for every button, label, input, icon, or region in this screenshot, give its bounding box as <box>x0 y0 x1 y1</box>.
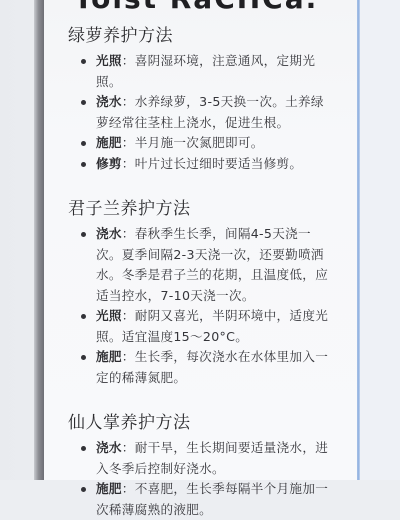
item-text: 叶片过长过细时要适当修剪。 <box>135 156 303 171</box>
item-label: 浇水 <box>96 440 122 455</box>
bullet-icon <box>81 232 86 237</box>
bullet-icon <box>81 162 86 167</box>
section-cactus-care: 仙人掌养护方法 浇水：耐干旱，生长期间要适量浇水，进入冬季后控制好浇水。 施肥：… <box>68 411 336 480</box>
item-label: 浇水 <box>96 94 122 109</box>
item-label: 修剪 <box>96 156 122 171</box>
bullet-icon <box>81 59 86 64</box>
care-list: 浇水：耐干旱，生长期间要适量浇水，进入冬季后控制好浇水。 施肥：不喜肥，生长季每… <box>68 438 336 480</box>
list-item: 浇水：春秋季生长季，间隔4-5天浇一次。夏季间隔2-3天浇一次，还要勤喷洒水。冬… <box>68 224 336 306</box>
bullet-icon <box>81 314 86 319</box>
list-item: 光照：喜阴湿环境，注意通风，定期光照。 <box>68 51 336 92</box>
item-separator: ： <box>122 53 135 68</box>
list-item: 浇水：耐干旱，生长期间要适量浇水，进入冬季后控制好浇水。 <box>68 438 336 479</box>
section-pothos-care: 绿萝养护方法 光照：喜阴湿环境，注意通风，定期光照。 浇水：水养绿萝，3-5天换… <box>68 24 336 174</box>
list-item: 浇水：水养绿萝，3-5天换一次。土养绿萝经常往茎柱上浇水，促进生根。 <box>68 92 336 133</box>
item-label: 浇水 <box>96 226 122 241</box>
card-border-right <box>357 0 360 480</box>
item-separator: ： <box>122 349 135 364</box>
list-item: 修剪：叶片过长过细时要适当修剪。 <box>68 154 336 175</box>
document-content: 绿萝养护方法 光照：喜阴湿环境，注意通风，定期光照。 浇水：水养绿萝，3-5天换… <box>68 24 336 480</box>
item-label: 光照 <box>96 53 122 68</box>
section-clivia-care: 君子兰养护方法 浇水：春秋季生长季，间隔4-5天浇一次。夏季间隔2-3天浇一次，… <box>68 197 336 388</box>
document-title-cropped: Toist RaCHCa. <box>66 0 326 14</box>
care-list: 浇水：春秋季生长季，间隔4-5天浇一次。夏季间隔2-3天浇一次，还要勤喷洒水。冬… <box>68 224 336 388</box>
bullet-icon <box>81 355 86 360</box>
item-separator: ： <box>122 156 135 171</box>
bullet-icon <box>81 446 86 451</box>
section-heading: 仙人掌养护方法 <box>68 411 336 435</box>
item-label: 施肥 <box>96 135 122 150</box>
item-separator: ： <box>122 308 135 323</box>
list-item: 施肥：生长季，每次浇水在水体里加入一定的稀薄氮肥。 <box>68 347 336 388</box>
list-item: 光照：耐阴又喜光，半阴环境中，适度光照。适宜温度15～20°C。 <box>68 306 336 347</box>
section-heading: 君子兰养护方法 <box>68 197 336 221</box>
bullet-icon <box>81 141 86 146</box>
item-separator: ： <box>122 440 135 455</box>
item-label: 光照 <box>96 308 122 323</box>
item-separator: ： <box>122 135 135 150</box>
bullet-icon <box>81 100 86 105</box>
section-heading: 绿萝养护方法 <box>68 24 336 48</box>
item-separator: ： <box>122 226 135 241</box>
care-list: 光照：喜阴湿环境，注意通风，定期光照。 浇水：水养绿萝，3-5天换一次。土养绿萝… <box>68 51 336 174</box>
item-label: 施肥 <box>96 349 122 364</box>
item-separator: ： <box>122 94 135 109</box>
card-shadow-left <box>34 0 44 480</box>
list-item: 施肥：半月施一次氮肥即可。 <box>68 133 336 154</box>
item-text: 半月施一次氮肥即可。 <box>135 135 264 150</box>
